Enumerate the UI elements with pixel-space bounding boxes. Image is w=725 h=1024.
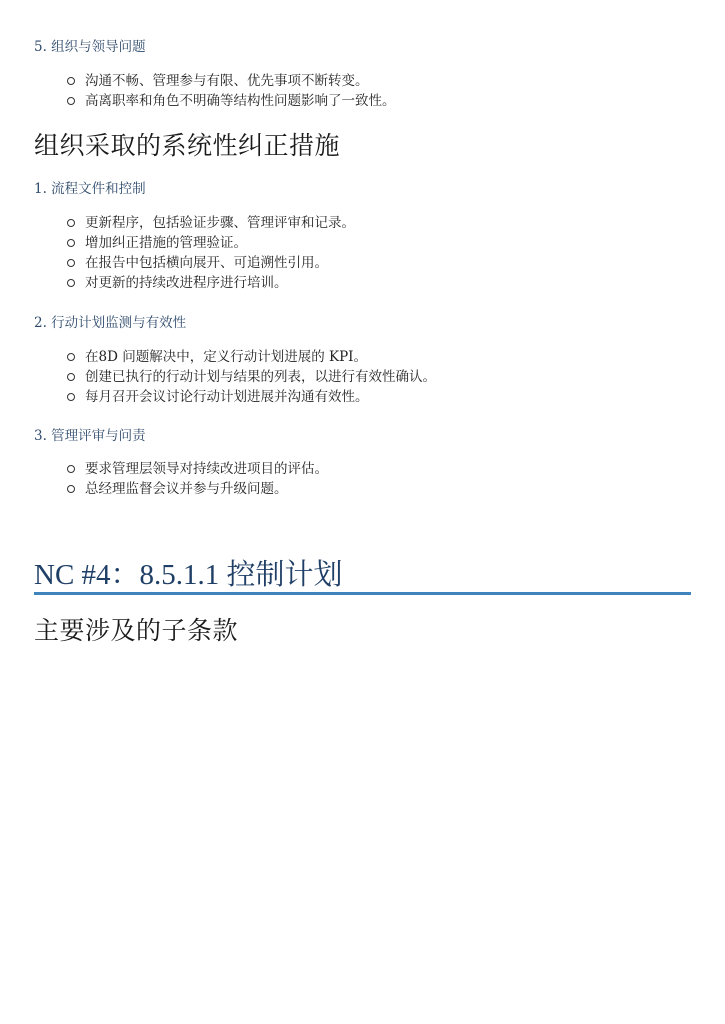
- org-leadership-list: 沟通不畅、管理参与有限、优先事项不断转变。 高离职率和角色不明确等结构性问题影响…: [34, 71, 396, 111]
- corrective-actions-title: 组织采取的系统性纠正措施: [34, 126, 340, 162]
- list-item: 沟通不畅、管理参与有限、优先事项不断转变。: [34, 71, 396, 91]
- circle-bullet-icon: [67, 219, 75, 227]
- list-item: 对更新的持续改进程序进行培训。: [34, 273, 355, 293]
- nc4-heading: NC #4：8.5.1.1 控制计划: [34, 552, 343, 593]
- circle-bullet-icon: [67, 259, 75, 267]
- circle-bullet-icon: [67, 353, 75, 361]
- list-item: 更新程序，包括验证步骤、管理评审和记录。: [34, 213, 355, 233]
- list-item: 在8D 问题解决中，定义行动计划进展的 KPI。: [34, 347, 436, 367]
- circle-bullet-icon: [67, 239, 75, 247]
- mgmt-review-list: 要求管理层领导对持续改进项目的评估。 总经理监督会议并参与升级问题。: [34, 459, 328, 499]
- nc4-subheading: 主要涉及的子条款: [34, 611, 238, 647]
- circle-bullet-icon: [67, 97, 75, 105]
- list-item: 增加纠正措施的管理验证。: [34, 233, 355, 253]
- action-plan-list: 在8D 问题解决中，定义行动计划进展的 KPI。 创建已执行的行动计划与结果的列…: [34, 347, 436, 407]
- heading-divider: [34, 592, 691, 595]
- list-item: 总经理监督会议并参与升级问题。: [34, 479, 328, 499]
- list-item: 每月召开会议讨论行动计划进展并沟通有效性。: [34, 387, 436, 407]
- list-item: 高离职率和角色不明确等结构性问题影响了一致性。: [34, 91, 396, 111]
- circle-bullet-icon: [67, 485, 75, 493]
- subsection-heading-process-docs: 1. 流程文件和控制: [34, 177, 146, 197]
- section-heading-org-leadership: 5. 组织与领导问题: [34, 35, 146, 55]
- list-item: 在报告中包括横向展开、可追溯性引用。: [34, 253, 355, 273]
- circle-bullet-icon: [67, 373, 75, 381]
- circle-bullet-icon: [67, 465, 75, 473]
- process-docs-list: 更新程序，包括验证步骤、管理评审和记录。 增加纠正措施的管理验证。 在报告中包括…: [34, 213, 355, 293]
- list-item: 要求管理层领导对持续改进项目的评估。: [34, 459, 328, 479]
- subsection-heading-mgmt-review: 3. 管理评审与问责: [34, 424, 146, 444]
- circle-bullet-icon: [67, 77, 75, 85]
- circle-bullet-icon: [67, 279, 75, 287]
- circle-bullet-icon: [67, 393, 75, 401]
- subsection-heading-action-plan: 2. 行动计划监测与有效性: [34, 311, 186, 331]
- list-item: 创建已执行的行动计划与结果的列表，以进行有效性确认。: [34, 367, 436, 387]
